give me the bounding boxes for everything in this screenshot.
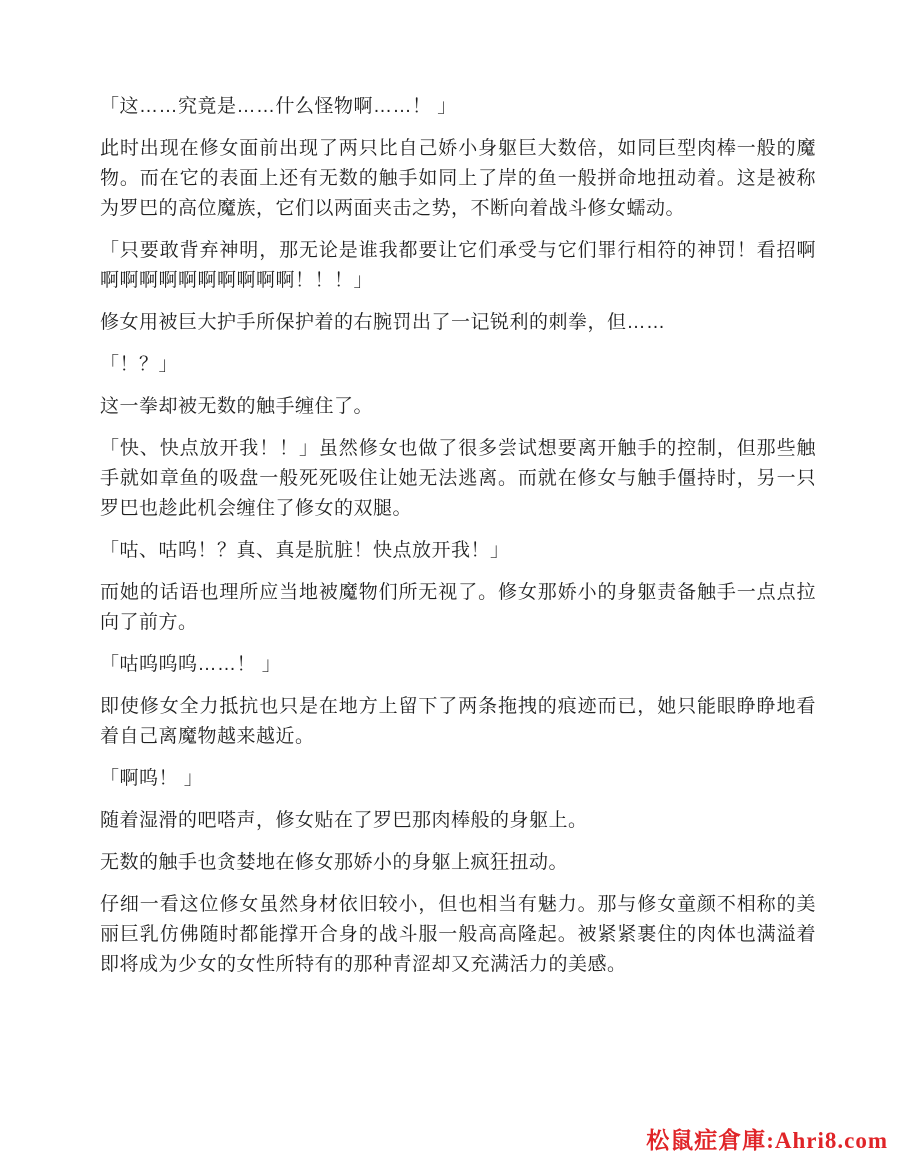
paragraph: 仔细一看这位修女虽然身材依旧较小，但也相当有魅力。那与修女童颜不相称的美丽巨乳仿… [100,890,816,980]
novel-page: 「这……究竟是……什么怪物啊……！ 」此时出现在修女面前出现了两只比自己娇小身躯… [0,0,900,1165]
page-body: 「这……究竟是……什么怪物啊……！ 」此时出现在修女面前出现了两只比自己娇小身躯… [100,92,816,992]
paragraph: 随着湿滑的吧嗒声，修女贴在了罗巴那肉棒般的身躯上。 [100,806,816,836]
paragraph: 修女用被巨大护手所保护着的右腕罚出了一记锐利的刺拳，但…… [100,308,816,338]
paragraph: 「啊呜！ 」 [100,764,816,794]
paragraph: 「只要敢背弃神明，那无论是谁我都要让它们承受与它们罪行相符的神罚！看招啊啊啊啊啊… [100,236,816,296]
paragraph: 无数的触手也贪婪地在修女那娇小的身躯上疯狂扭动。 [100,848,816,878]
page-footer: 松鼠症倉庫:Ahri8.com [646,1122,888,1155]
paragraph: 「咕呜呜呜……！ 」 [100,650,816,680]
paragraph: 而她的话语也理所应当地被魔物们所无视了。修女那娇小的身躯责备触手一点点拉向了前方… [100,578,816,638]
paragraph: 「！？」 [100,350,816,380]
paragraph: 此时出现在修女面前出现了两只比自己娇小身躯巨大数倍，如同巨型肉棒一般的魔物。而在… [100,134,816,224]
site-watermark: 松鼠症倉庫:Ahri8.com [646,1128,888,1153]
paragraph: 「咕、咕呜！？真、真是肮脏！快点放开我！」 [100,536,816,566]
paragraph: 这一拳却被无数的触手缠住了。 [100,392,816,422]
paragraph: 「这……究竟是……什么怪物啊……！ 」 [100,92,816,122]
paragraph: 即使修女全力抵抗也只是在地方上留下了两条拖拽的痕迹而已，她只能眼睁睁地看着自己离… [100,692,816,752]
paragraph: 「快、快点放开我！！」虽然修女也做了很多尝试想要离开触手的控制，但那些触手就如章… [100,434,816,524]
